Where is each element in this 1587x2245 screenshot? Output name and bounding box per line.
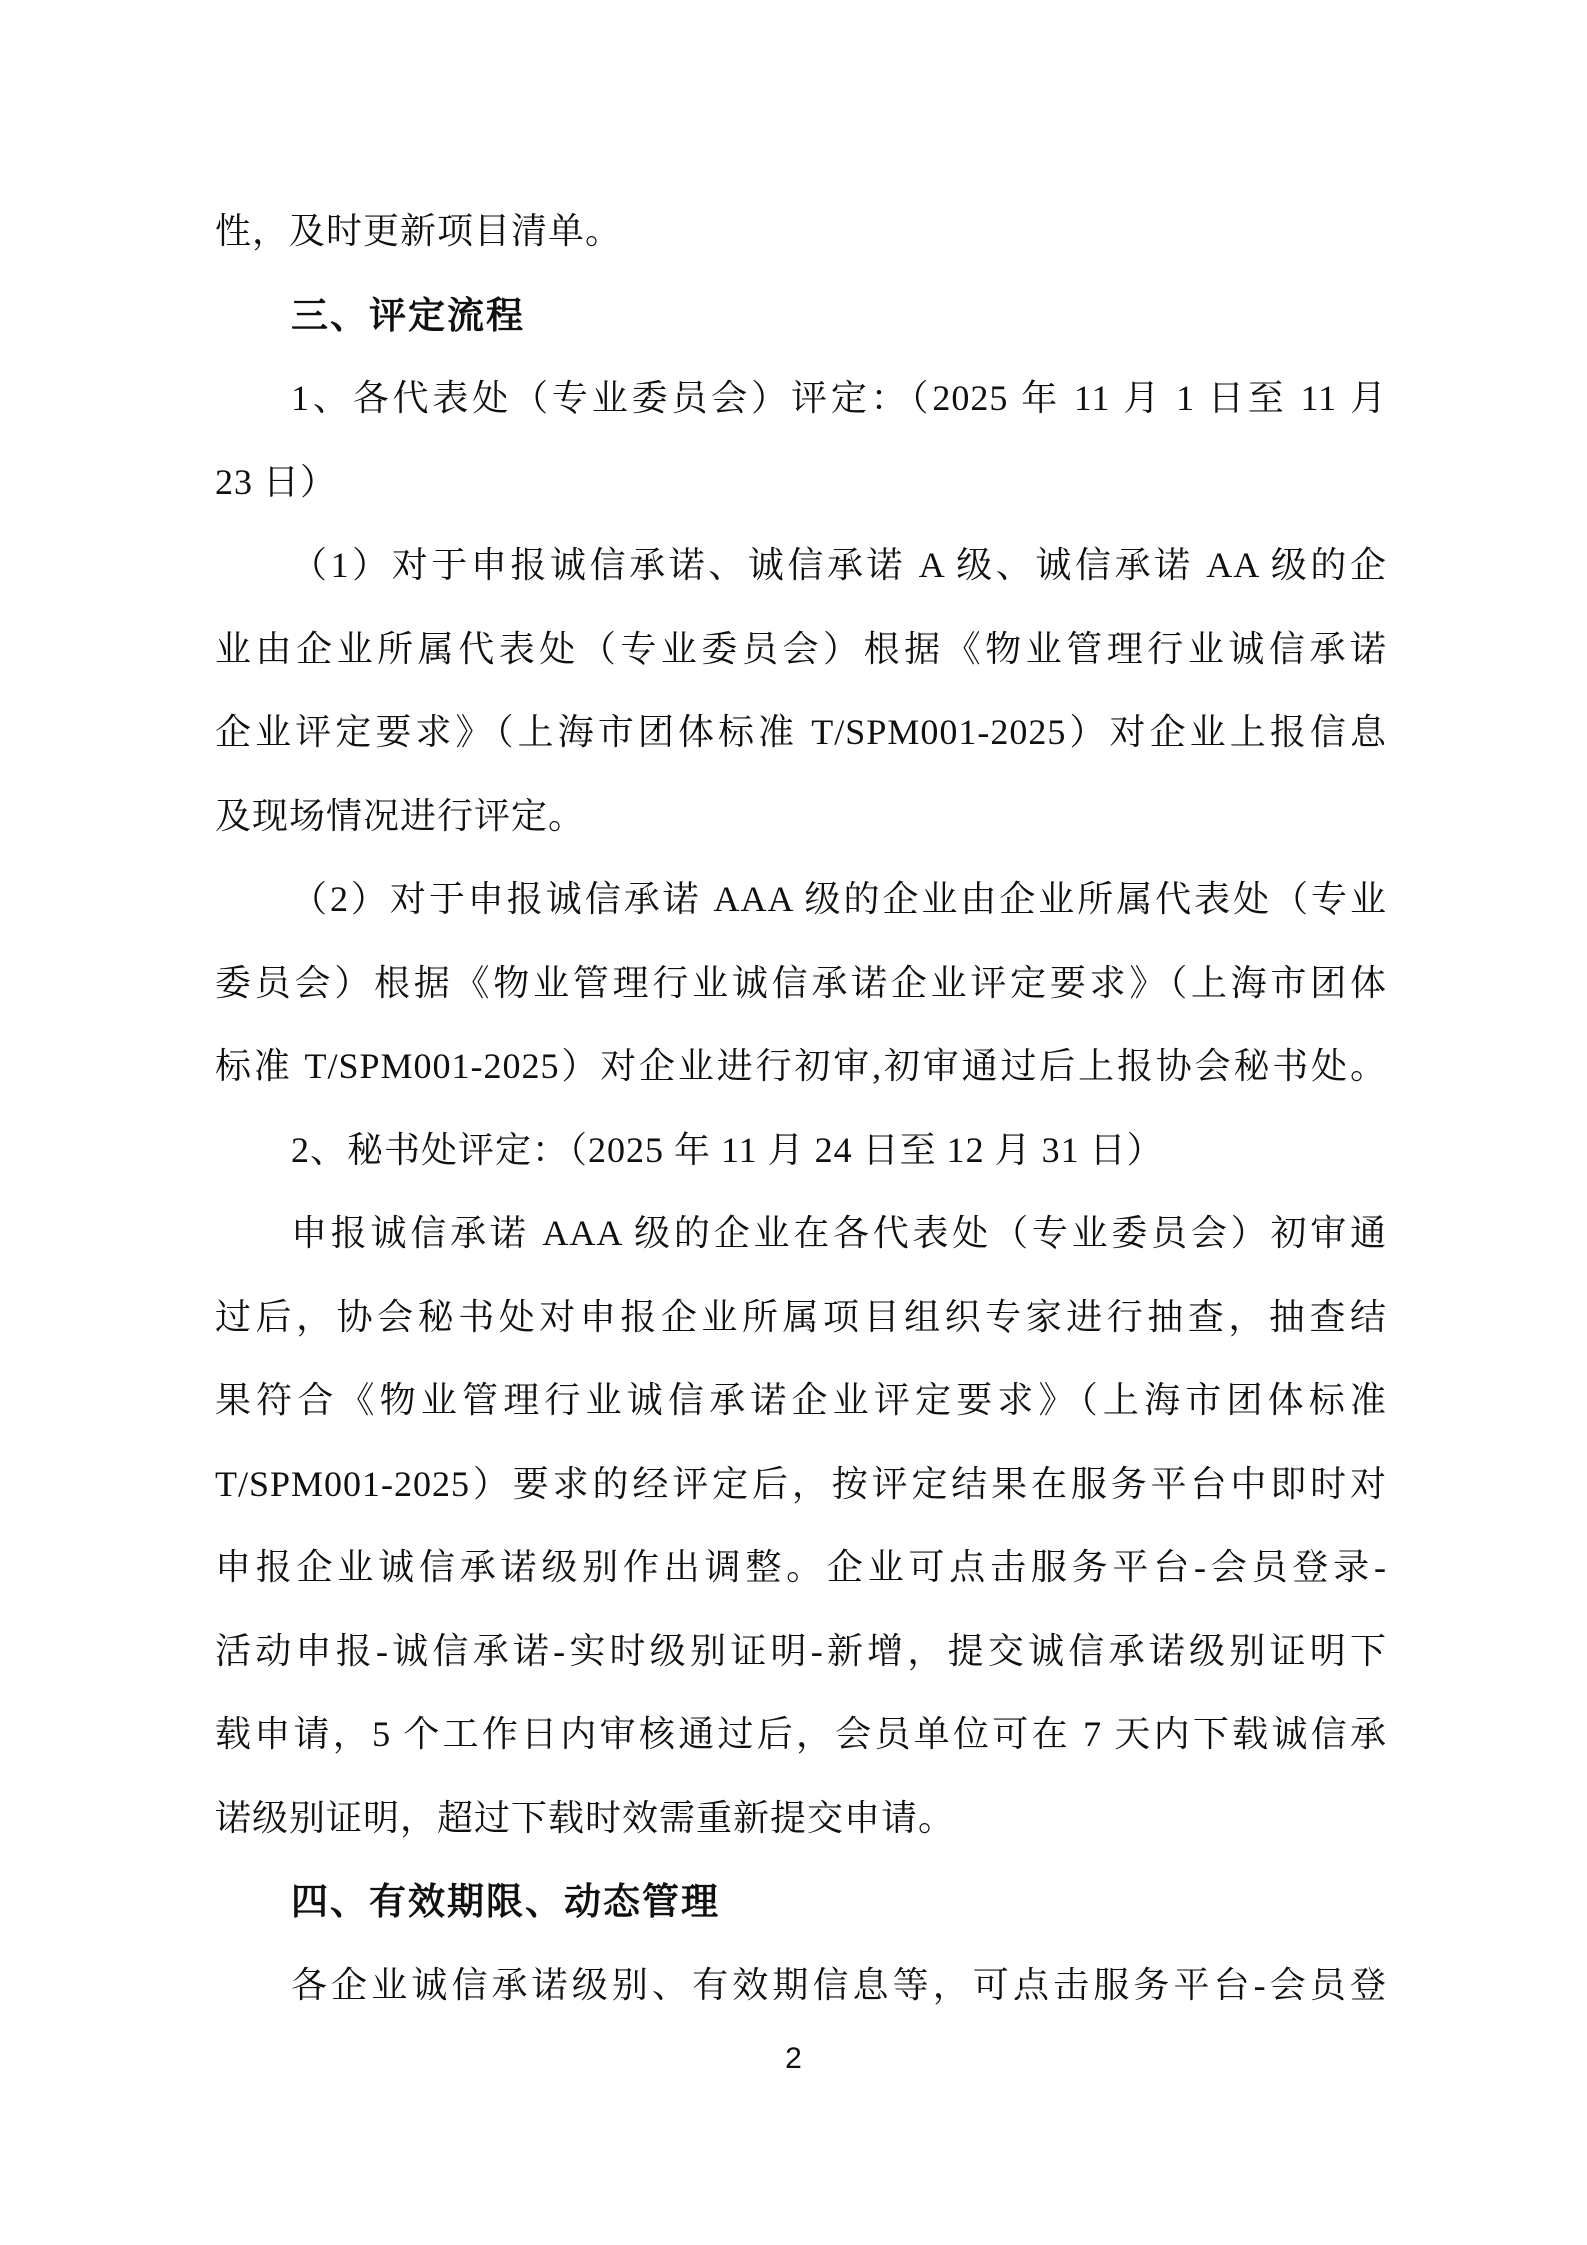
text-line: 23 日） [215,441,1387,525]
text-line: 业由企业所属代表处（专业委员会）根据《物业管理行业诚信承诺 [215,608,1387,692]
text-line: 各企业诚信承诺级别、有效期信息等，可点击服务平台-会员登 [215,1944,1387,2028]
text-line: （2）对于申报诚信承诺 AAA 级的企业由企业所属代表处（专业 [215,858,1387,942]
text-line: 活动申报-诚信承诺-实时级别证明-新增，提交诚信承诺级别证明下 [215,1610,1387,1694]
text-line: 性，及时更新项目清单。 [215,190,1387,274]
text-line: 载申请，5 个工作日内审核通过后，会员单位可在 7 天内下载诚信承 [215,1693,1387,1777]
text-line: 申报诚信承诺 AAA 级的企业在各代表处（专业委员会）初审通 [215,1192,1387,1276]
text-line: 果符合《物业管理行业诚信承诺企业评定要求》（上海市团体标准 [215,1359,1387,1443]
text-line: 诺级别证明，超过下载时效需重新提交申请。 [215,1777,1387,1861]
section-heading: 四、有效期限、动态管理 [215,1860,1387,1944]
text-line: T/SPM001-2025）要求的经评定后，按评定结果在服务平台中即时对 [215,1443,1387,1527]
text-line: 1、各代表处（专业委员会）评定：（2025 年 11 月 1 日至 11 月 [215,357,1387,441]
text-line: 2、秘书处评定：（2025 年 11 月 24 日至 12 月 31 日） [215,1109,1387,1193]
document-page: 性，及时更新项目清单。三、评定流程1、各代表处（专业委员会）评定：（2025 年… [0,0,1587,2245]
text-line: 委员会）根据《物业管理行业诚信承诺企业评定要求》（上海市团体 [215,942,1387,1026]
text-line: 及现场情况进行评定。 [215,775,1387,859]
text-line: 企业评定要求》（上海市团体标准 T/SPM001-2025）对企业上报信息 [215,691,1387,775]
page-number: 2 [0,2042,1587,2076]
text-line: 申报企业诚信承诺级别作出调整。企业可点击服务平台-会员登录- [215,1526,1387,1610]
text-lines: 性，及时更新项目清单。三、评定流程1、各代表处（专业委员会）评定：（2025 年… [215,190,1387,2027]
text-line: 过后，协会秘书处对申报企业所属项目组织专家进行抽查，抽查结 [215,1276,1387,1360]
section-heading: 三、评定流程 [215,274,1387,358]
text-line: 标准 T/SPM001-2025）对企业进行初审,初审通过后上报协会秘书处。 [215,1025,1387,1109]
text-line: （1）对于申报诚信承诺、诚信承诺 A 级、诚信承诺 AA 级的企 [215,524,1387,608]
